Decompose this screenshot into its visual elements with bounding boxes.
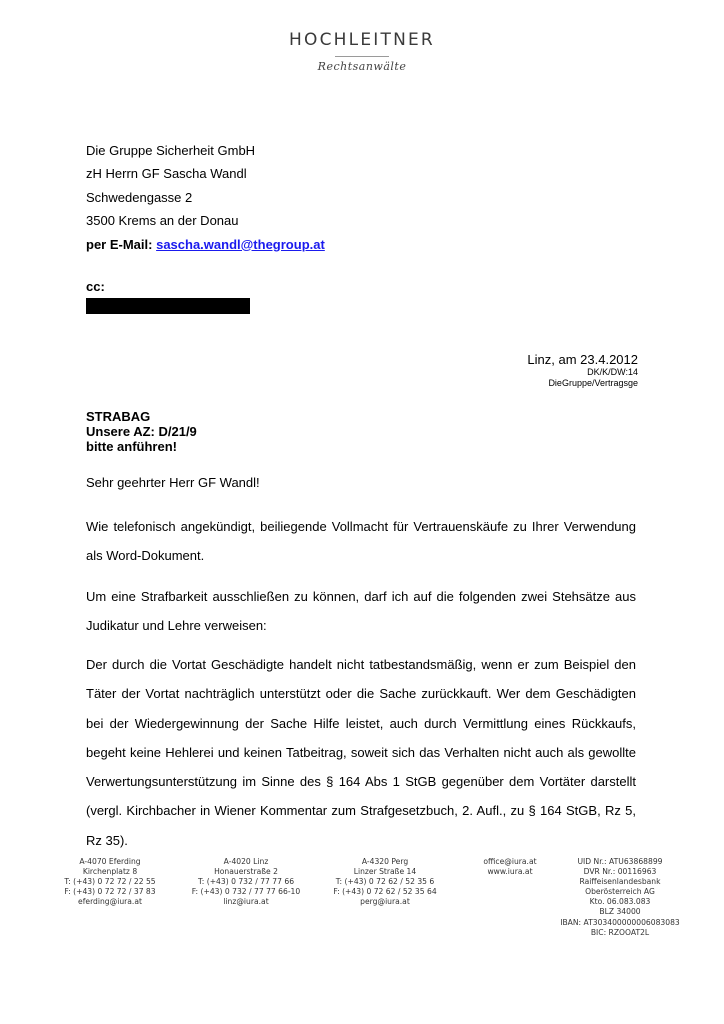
file-reference: DieGruppe/Vertragsge — [527, 378, 638, 389]
footer-linz: A-4020 Linz Honauerstraße 2 T: (+43) 0 7… — [190, 857, 302, 907]
footer-bank: UID Nr.: ATU63868899 DVR Nr.: 00116963 R… — [555, 857, 685, 938]
footer-line: Kto. 06.083.083 — [555, 897, 685, 907]
footer-line: DVR Nr.: 00116963 — [555, 867, 685, 877]
email-label: per E-Mail: — [86, 237, 152, 252]
footer-line: Linzer Straße 14 — [330, 867, 440, 877]
recipient-attention: zH Herrn GF Sascha Wandl — [86, 162, 325, 185]
paragraph-1: Wie telefonisch angekündigt, beiliegende… — [86, 512, 636, 571]
recipient-company: Die Gruppe Sicherheit GmbH — [86, 139, 325, 162]
footer-line: T: (+43) 0 72 62 / 52 35 6 — [330, 877, 440, 887]
subject-reference: Unsere AZ: D/21/9 — [86, 424, 197, 439]
recipient-email-line: per E-Mail: sascha.wandl@thegroup.at — [86, 233, 325, 256]
footer-line: A-4070 Eferding — [60, 857, 160, 867]
email-link[interactable]: sascha.wandl@thegroup.at — [156, 237, 325, 252]
footer-perg: A-4320 Perg Linzer Straße 14 T: (+43) 0 … — [330, 857, 440, 907]
reference-code: DK/K/DW:14 — [527, 367, 638, 378]
letterhead-divider — [335, 56, 389, 57]
footer-line: IBAN: AT303400000006083083 — [555, 918, 685, 928]
footer-email[interactable]: eferding@iura.at — [60, 897, 160, 907]
footer-line: F: (+43) 0 72 62 / 52 35 64 — [330, 887, 440, 897]
footer-line: Oberösterreich AG — [555, 887, 685, 897]
paragraph-3: Der durch die Vortat Geschädigte handelt… — [86, 650, 636, 855]
letter-date: Linz, am 23.4.2012 — [527, 352, 638, 367]
redacted-block — [86, 298, 250, 314]
recipient-street: Schwedengasse 2 — [86, 186, 325, 209]
footer-line: F: (+43) 0 72 72 / 37 83 — [60, 887, 160, 897]
footer-line: F: (+43) 0 732 / 77 77 66-10 — [190, 887, 302, 897]
footer-line: T: (+43) 0 732 / 77 77 66 — [190, 877, 302, 887]
date-block: Linz, am 23.4.2012 DK/K/DW:14 DieGruppe/… — [527, 352, 638, 389]
paragraph-2: Um eine Strafbarkeit ausschließen zu kön… — [86, 582, 636, 641]
footer-contact: office@iura.at www.iura.at — [470, 857, 550, 877]
footer-line: Kirchenplatz 8 — [60, 867, 160, 877]
footer-line: Honauerstraße 2 — [190, 867, 302, 877]
footer-eferding: A-4070 Eferding Kirchenplatz 8 T: (+43) … — [60, 857, 160, 907]
recipient-city: 3500 Krems an der Donau — [86, 209, 325, 232]
footer-line: A-4020 Linz — [190, 857, 302, 867]
footer-email[interactable]: linz@iura.at — [190, 897, 302, 907]
footer-line: A-4320 Perg — [330, 857, 440, 867]
footer-line: T: (+43) 0 72 72 / 22 55 — [60, 877, 160, 887]
cc-label: cc: — [86, 279, 105, 294]
firm-subtitle: Rechtsanwälte — [0, 60, 724, 73]
footer-website[interactable]: www.iura.at — [470, 867, 550, 877]
letter-page: HOCHLEITNER Rechtsanwälte Die Gruppe Sic… — [0, 0, 724, 1024]
firm-name: HOCHLEITNER — [0, 30, 724, 50]
recipient-address: Die Gruppe Sicherheit GmbH zH Herrn GF S… — [86, 139, 325, 256]
footer-line: BIC: RZOOAT2L — [555, 928, 685, 938]
footer-office-email[interactable]: office@iura.at — [470, 857, 550, 867]
footer-email[interactable]: perg@iura.at — [330, 897, 440, 907]
subject-block: STRABAG Unsere AZ: D/21/9 bitte anführen… — [86, 409, 197, 454]
footer-line: BLZ 34000 — [555, 907, 685, 917]
subject-note: bitte anführen! — [86, 439, 197, 454]
salutation: Sehr geehrter Herr GF Wandl! — [86, 475, 260, 490]
footer-line: UID Nr.: ATU63868899 — [555, 857, 685, 867]
letterhead: HOCHLEITNER Rechtsanwälte — [0, 30, 724, 73]
footer-line: Raiffeisenlandesbank — [555, 877, 685, 887]
subject-title: STRABAG — [86, 409, 197, 424]
